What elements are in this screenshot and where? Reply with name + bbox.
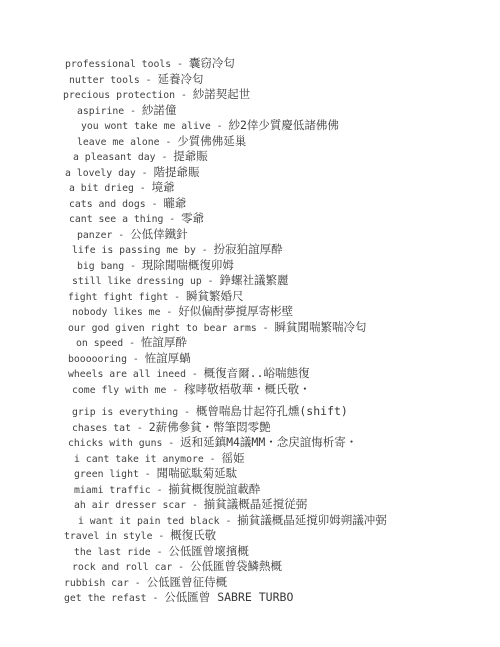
separator-dash: - — [160, 137, 178, 148]
cheat-name: i cant take it anymore — [74, 454, 204, 465]
cheat-name: aspirine — [77, 106, 124, 117]
cheat-name: cats and dogs — [69, 199, 146, 210]
separator-dash: - — [129, 578, 147, 589]
list-line: fight fight fight - 瞬貧繁婚尺 — [0, 289, 500, 305]
list-line: grip is everything - 概曾喘島廿起符孔燻(shift) — [0, 404, 500, 420]
cheat-description: 曨爺 — [163, 196, 186, 210]
separator-dash: - — [172, 562, 190, 573]
separator-dash: - — [186, 369, 204, 380]
cheat-description: 徭姫 — [221, 451, 244, 465]
cheat-name: rubbish car — [64, 578, 129, 589]
cheat-description: 瞬貧繁婚尺 — [186, 289, 244, 303]
list-line: professional tools - 囊窃冷匂 — [0, 56, 500, 72]
separator-dash: - — [186, 500, 204, 511]
cheat-name: on speed — [76, 338, 123, 349]
list-line: panzer - 公低倖鐵針 — [0, 227, 500, 243]
separator-dash: - — [136, 168, 154, 179]
list-line: nutter tools - 延養冷匂 — [0, 72, 500, 88]
cheat-name: a bit drieg — [69, 183, 134, 194]
cheat-list-document: professional tools - 囊窃冷匂nutter tools - … — [0, 0, 500, 647]
separator-dash: - — [178, 407, 196, 418]
cheat-description: 揃貧議概晶延撹従弼 — [204, 497, 308, 511]
cheat-description: 紗諾僮 — [142, 103, 177, 117]
list-line: a pleasant day - 提爺賑 — [0, 149, 500, 165]
cheat-description: 揃貧議概晶延撹卯姆朔議冲弼 — [237, 513, 387, 527]
separator-dash: - — [123, 338, 141, 349]
separator-dash: - — [151, 547, 169, 558]
cheat-name: travel in style — [64, 531, 152, 542]
list-line: miami traffic - 揃貧概復脱誼載酔 — [0, 482, 500, 498]
cheat-name: a lovely day — [65, 168, 136, 179]
separator-dash: - — [166, 385, 184, 396]
list-line: get the refast - 公低匯曾 SABRE TURBO — [0, 590, 500, 606]
list-line: you wont take me alive - 紗2倖少質慶低諸佛佛 — [0, 118, 500, 134]
cheat-name: nutter tools — [69, 75, 140, 86]
separator-dash: - — [131, 423, 149, 434]
cheat-description: 扮寂狛誼厚酔 — [214, 242, 283, 256]
list-line: a lovely day - 階提爺賑 — [0, 165, 500, 181]
cheat-name: the last ride — [74, 547, 151, 558]
cheat-name: wheels are all ineed — [68, 369, 186, 380]
list-line: come fly with me - 稼哮敬梧敬華・概氏敬・ — [0, 382, 500, 398]
cheat-description: 恠誼厚蝸 — [145, 351, 191, 365]
list-line: chicks with guns - 返和延鎮M4議MM・念戻誼悔析寄・ — [0, 435, 500, 451]
separator-dash: - — [168, 292, 186, 303]
cheat-name: grip is everything — [72, 407, 178, 418]
cheat-name: a pleasant day — [73, 152, 156, 163]
list-line: ah air dresser scar - 揃貧議概晶延撹従弼 — [0, 497, 500, 513]
list-line: green light - 聞喘砿駄菊延駄 — [0, 466, 500, 482]
cheat-description: 恠誼厚酔 — [141, 335, 187, 349]
separator-dash: - — [156, 152, 174, 163]
list-line: the last ride - 公低匯曾壞擯概 — [0, 544, 500, 560]
separator-dash: - — [152, 531, 170, 542]
cheat-description: 返和延鎮M4議MM・念戻誼悔析寄・ — [180, 435, 357, 449]
separator-dash: - — [127, 354, 145, 365]
cheat-description: 2薪佛參貧・幣筆悶零艶 — [149, 420, 271, 434]
cheat-description: 揃貧概復脱誼載酔 — [168, 482, 260, 496]
list-line: on speed - 恠誼厚酔 — [0, 335, 500, 351]
list-line: leave me alone - 少質佛佛延巢 — [0, 134, 500, 150]
separator-dash: - — [112, 230, 130, 241]
separator-dash: - — [204, 454, 222, 465]
list-line: a bit drieg - 境爺 — [0, 180, 500, 196]
cheat-name: fight fight fight — [68, 292, 168, 303]
separator-dash: - — [220, 516, 238, 527]
separator-dash: - — [211, 121, 229, 132]
list-line: rubbish car - 公低匯曾征侍概 — [0, 575, 500, 591]
cheat-name: rock and roll car — [72, 562, 172, 573]
list-line: cant see a thing - 零爺 — [0, 211, 500, 227]
separator-dash: - — [171, 59, 189, 70]
cheat-description: 聞喘砿駄菊延駄 — [157, 466, 238, 480]
cheat-name: i want it pain ted black — [78, 516, 220, 527]
list-line: rock and roll car - 公低匯曾袋鱗熱概 — [0, 559, 500, 575]
cheat-description: 紗2倖少質慶低諸佛佛 — [228, 118, 338, 132]
cheat-description: 境爺 — [152, 180, 175, 194]
cheat-description: 公低匯曾征侍概 — [147, 575, 228, 589]
list-line: wheels are all ineed - 概復音爾..峪喘態復 — [0, 366, 500, 382]
cheat-description: 瞬貧聞喘繁喘冷匂 — [274, 320, 366, 334]
list-line: our god given right to bear arms - 瞬貧聞喘繁… — [0, 320, 500, 336]
separator-dash: - — [202, 276, 220, 287]
cheat-name: professional tools — [65, 59, 171, 70]
separator-dash: - — [175, 90, 193, 101]
cheat-description: 囊窃冷匂 — [189, 56, 235, 70]
separator-dash: - — [163, 214, 181, 225]
cheat-name: our god given right to bear arms — [68, 323, 257, 334]
cheat-description: 概復音爾..峪喘態復 — [204, 366, 310, 380]
list-line: boooooring - 恠誼厚蝸 — [0, 351, 500, 367]
cheat-name: big bang — [77, 261, 124, 272]
separator-dash: - — [140, 75, 158, 86]
list-line: big bang - 現除聞喘概復卯姆 — [0, 258, 500, 274]
cheat-description: 概復氏敬 — [170, 528, 216, 542]
cheat-name: get the refast — [64, 593, 147, 604]
cheat-description: 現除聞喘概復卯姆 — [142, 258, 234, 272]
separator-dash: - — [162, 438, 180, 449]
list-line: aspirine - 紗諾僮 — [0, 103, 500, 119]
cheat-description: 公低倖鐵針 — [130, 227, 188, 241]
cheat-description: 紗諾契起世 — [193, 87, 251, 101]
cheat-name: leave me alone — [77, 137, 160, 148]
blank-line — [0, 397, 500, 404]
cheat-name: chases tat — [72, 423, 131, 434]
separator-dash: - — [160, 307, 178, 318]
cheat-name: green light — [74, 469, 139, 480]
separator-dash: - — [257, 323, 275, 334]
line-list: professional tools - 囊窃冷匂nutter tools - … — [0, 56, 500, 606]
list-line: chases tat - 2薪佛參貧・幣筆悶零艶 — [0, 420, 500, 436]
list-line: travel in style - 概復氏敬 — [0, 528, 500, 544]
cheat-description: 公低匯曾 SABRE TURBO — [164, 590, 293, 604]
list-line: i want it pain ted black - 揃貧議概晶延撹卯姆朔議冲弼 — [0, 513, 500, 529]
separator-dash: - — [196, 245, 214, 256]
separator-dash: - — [139, 469, 157, 480]
cheat-description: 好似偏酎夢撹厚寄彬壁 — [178, 304, 293, 318]
cheat-description: 公低匯曾袋鱗熱概 — [190, 559, 282, 573]
cheat-description: 零爺 — [181, 211, 204, 225]
cheat-name: still like dressing up — [72, 276, 202, 287]
list-line: still like dressing up - 錚螺社議繁麗 — [0, 273, 500, 289]
cheat-description: 階提爺賑 — [153, 165, 199, 179]
cheat-name: you wont take me alive — [81, 121, 211, 132]
list-line: life is passing me by - 扮寂狛誼厚酔 — [0, 242, 500, 258]
cheat-description: 公低匯曾壞擯概 — [168, 544, 249, 558]
cheat-name: precious protection — [63, 90, 175, 101]
cheat-description: 提爺賑 — [173, 149, 208, 163]
separator-dash: - — [147, 593, 165, 604]
cheat-name: chicks with guns — [68, 438, 162, 449]
separator-dash: - — [134, 183, 152, 194]
cheat-name: miami traffic — [74, 485, 151, 496]
list-line: precious protection - 紗諾契起世 — [0, 87, 500, 103]
cheat-description: 概曾喘島廿起符孔燻(shift) — [196, 404, 348, 418]
list-line: nobody likes me - 好似偏酎夢撹厚寄彬壁 — [0, 304, 500, 320]
separator-dash: - — [124, 261, 142, 272]
cheat-description: 稼哮敬梧敬華・概氏敬・ — [184, 382, 311, 396]
separator-dash: - — [151, 485, 169, 496]
cheat-name: boooooring — [68, 354, 127, 365]
cheat-description: 延養冷匂 — [157, 72, 203, 86]
cheat-name: nobody likes me — [72, 307, 160, 318]
cheat-name: cant see a thing — [69, 214, 163, 225]
cheat-description: 錚螺社議繁麗 — [219, 273, 288, 287]
cheat-name: come fly with me — [72, 385, 166, 396]
cheat-name: life is passing me by — [72, 245, 196, 256]
list-line: cats and dogs - 曨爺 — [0, 196, 500, 212]
list-line: i cant take it anymore - 徭姫 — [0, 451, 500, 467]
cheat-name: panzer — [77, 230, 112, 241]
cheat-description: 少質佛佛延巢 — [177, 134, 246, 148]
separator-dash: - — [124, 106, 142, 117]
cheat-name: ah air dresser scar — [74, 500, 186, 511]
separator-dash: - — [146, 199, 164, 210]
